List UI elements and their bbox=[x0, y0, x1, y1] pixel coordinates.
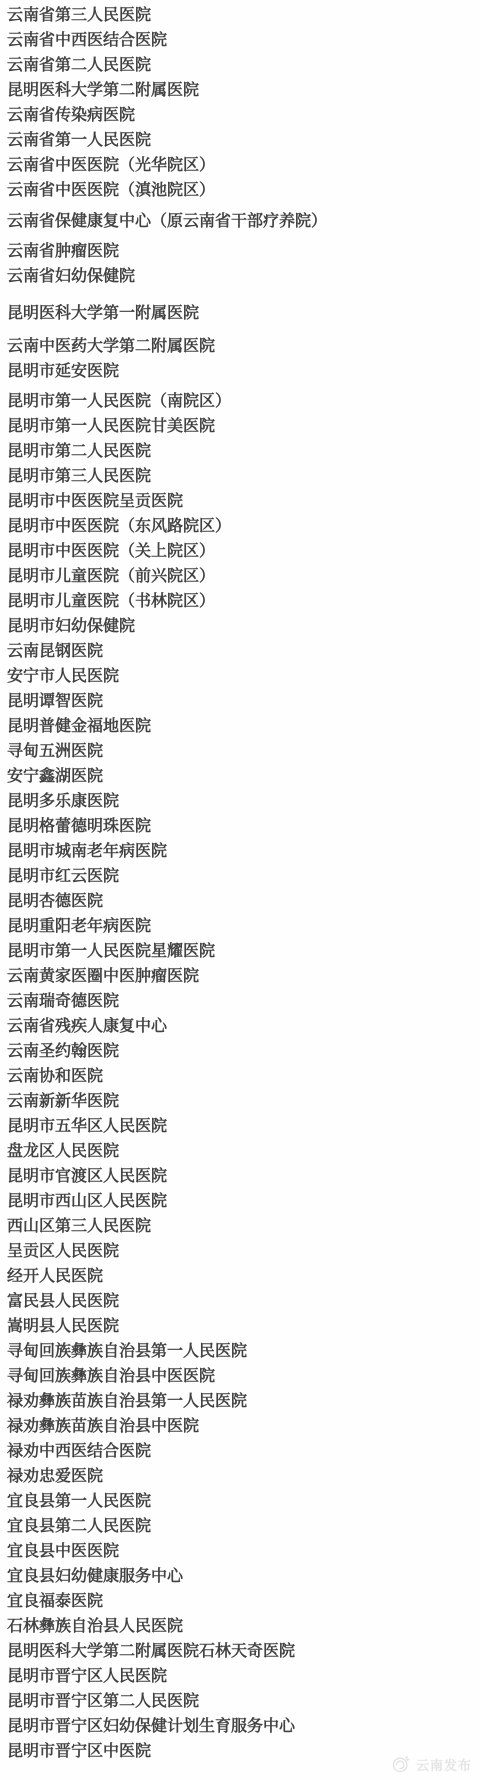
hospital-list-item: 经开人民医院 bbox=[7, 1264, 480, 1289]
hospital-list-item: 云南省第二人民医院 bbox=[7, 53, 480, 78]
hospital-list-item: 云南省残疾人康复中心 bbox=[7, 1014, 480, 1039]
hospital-list-item: 昆明杏德医院 bbox=[7, 889, 480, 914]
hospital-list-item: 昆明市红云医院 bbox=[7, 864, 480, 889]
hospital-list-item: 昆明市中医医院（关上院区） bbox=[7, 539, 480, 564]
watermark-label: 云南发布 bbox=[416, 1755, 472, 1774]
hospital-list-item: 云南黄家医圈中医肿瘤医院 bbox=[7, 964, 480, 989]
hospital-list-item: 云南中医药大学第二附属医院 bbox=[7, 334, 480, 359]
hospital-list-item: 云南新新华医院 bbox=[7, 1089, 480, 1114]
hospital-list-item: 昆明重阳老年病医院 bbox=[7, 914, 480, 939]
watermark: 云南发布 bbox=[391, 1754, 472, 1774]
hospital-list-item: 禄劝中西医结合医院 bbox=[7, 1439, 480, 1464]
hospital-list-item: 昆明市儿童医院（书林院区） bbox=[7, 589, 480, 614]
hospital-list-item: 富民县人民医院 bbox=[7, 1289, 480, 1314]
hospital-list-item: 昆明市第三人民医院 bbox=[7, 464, 480, 489]
hospital-list-item: 宜良县中医医院 bbox=[7, 1539, 480, 1564]
weibo-watermark-icon bbox=[391, 1754, 411, 1774]
hospital-list-item: 昆明市第一人民医院甘美医院 bbox=[7, 414, 480, 439]
hospital-list-item: 禄劝彝族苗族自治县第一人民医院 bbox=[7, 1389, 480, 1414]
hospital-list-item: 西山区第三人民医院 bbox=[7, 1214, 480, 1239]
hospital-list-item: 安宁鑫湖医院 bbox=[7, 764, 480, 789]
hospital-list-item: 云南协和医院 bbox=[7, 1064, 480, 1089]
hospital-list-item: 云南圣约翰医院 bbox=[7, 1039, 480, 1064]
hospital-list-item: 昆明市延安医院 bbox=[7, 359, 480, 384]
hospital-list-item: 昆明市第二人民医院 bbox=[7, 439, 480, 464]
hospital-list-item: 昆明市第一人民医院（南院区） bbox=[7, 389, 480, 414]
hospital-list-item: 昆明市五华区人民医院 bbox=[7, 1114, 480, 1139]
hospital-list-item: 昆明市妇幼保健院 bbox=[7, 614, 480, 639]
hospital-list-item: 昆明市晋宁区第二人民医院 bbox=[7, 1689, 480, 1714]
hospital-list-item: 云南省妇幼保健院 bbox=[7, 264, 480, 289]
hospital-list-item: 昆明医科大学第二附属医院石林天奇医院 bbox=[7, 1639, 480, 1664]
hospital-list-item: 云南省保健康复中心（原云南省干部疗养院） bbox=[7, 209, 480, 234]
hospital-list-item: 云南省中西医结合医院 bbox=[7, 28, 480, 53]
hospital-list-item: 云南昆钢医院 bbox=[7, 639, 480, 664]
hospital-list-item: 禄劝忠爱医院 bbox=[7, 1464, 480, 1489]
hospital-list-item: 昆明多乐康医院 bbox=[7, 789, 480, 814]
hospital-list-item: 云南省传染病医院 bbox=[7, 103, 480, 128]
hospital-list-item: 昆明医科大学第一附属医院 bbox=[7, 301, 480, 326]
hospital-list-item: 云南省中医医院（光华院区） bbox=[7, 153, 480, 178]
hospital-list-item: 宜良县第二人民医院 bbox=[7, 1514, 480, 1539]
hospital-list-item: 昆明市晋宁区妇幼保健计划生育服务中心 bbox=[7, 1714, 480, 1739]
hospital-list-item: 寻甸五洲医院 bbox=[7, 739, 480, 764]
hospital-list-item: 寻甸回族彝族自治县第一人民医院 bbox=[7, 1339, 480, 1364]
hospital-list-item: 宜良县第一人民医院 bbox=[7, 1489, 480, 1514]
hospital-list-item: 昆明市官渡区人民医院 bbox=[7, 1164, 480, 1189]
hospital-list-item: 昆明市中医医院呈贡医院 bbox=[7, 489, 480, 514]
hospital-list-item: 昆明格蕾德明珠医院 bbox=[7, 814, 480, 839]
hospital-list-item: 禄劝彝族苗族自治县中医院 bbox=[7, 1414, 480, 1439]
hospital-list-item: 寻甸回族彝族自治县中医医院 bbox=[7, 1364, 480, 1389]
hospital-list-item: 石林彝族自治县人民医院 bbox=[7, 1614, 480, 1639]
hospital-list-item: 昆明市中医医院（东风路院区） bbox=[7, 514, 480, 539]
hospital-list-item: 昆明普健金福地医院 bbox=[7, 714, 480, 739]
hospital-list-item: 昆明市儿童医院（前兴院区） bbox=[7, 564, 480, 589]
hospital-list-item: 昆明市第一人民医院星耀医院 bbox=[7, 939, 480, 964]
hospital-list-item: 昆明市西山区人民医院 bbox=[7, 1189, 480, 1214]
hospital-list-item: 云南省中医医院（滇池院区） bbox=[7, 178, 480, 203]
hospital-list-item: 盘龙区人民医院 bbox=[7, 1139, 480, 1164]
hospital-list-item: 宜良县妇幼健康服务中心 bbox=[7, 1564, 480, 1589]
hospital-list-item: 云南瑞奇德医院 bbox=[7, 989, 480, 1014]
hospital-list: 云南省第三人民医院云南省中西医结合医院云南省第二人民医院昆明医科大学第二附属医院… bbox=[0, 0, 480, 1764]
hospital-list-item: 昆明市城南老年病医院 bbox=[7, 839, 480, 864]
hospital-list-item: 呈贡区人民医院 bbox=[7, 1239, 480, 1264]
hospital-list-item: 安宁市人民医院 bbox=[7, 664, 480, 689]
hospital-list-item: 昆明谭智医院 bbox=[7, 689, 480, 714]
hospital-list-item: 云南省第一人民医院 bbox=[7, 128, 480, 153]
hospital-list-item: 云南省第三人民医院 bbox=[7, 3, 480, 28]
hospital-list-item: 宜良福泰医院 bbox=[7, 1589, 480, 1614]
hospital-list-item: 云南省肿瘤医院 bbox=[7, 239, 480, 264]
hospital-list-item: 昆明市晋宁区人民医院 bbox=[7, 1664, 480, 1689]
hospital-list-item: 嵩明县人民医院 bbox=[7, 1314, 480, 1339]
hospital-list-item: 昆明医科大学第二附属医院 bbox=[7, 78, 480, 103]
